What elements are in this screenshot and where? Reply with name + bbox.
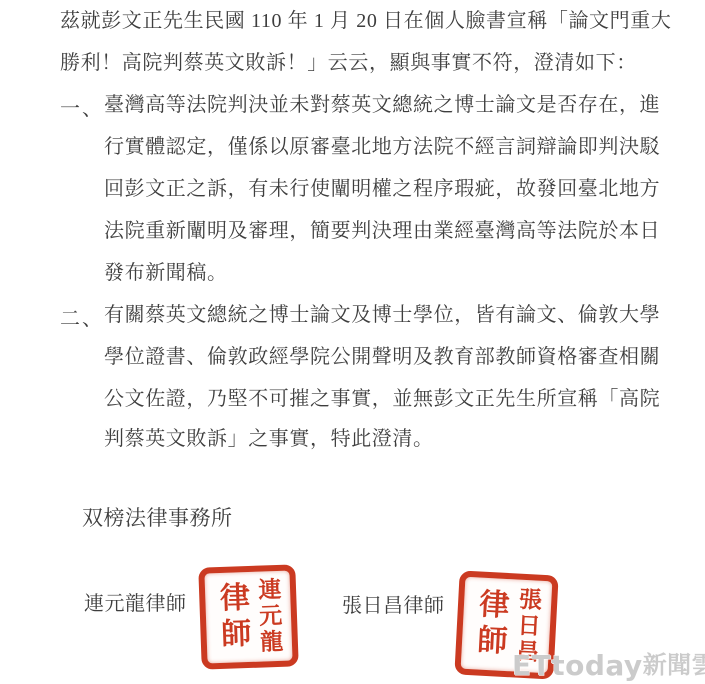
ettoday-watermark: ETtoday新聞雲 (512, 645, 705, 682)
item2-line-1: 有關蔡英文總統之博士論文及博士學位，皆有論文、倫敦大學 (104, 302, 660, 328)
item1-line-5: 發布新聞稿。 (104, 260, 228, 286)
item1-line-1: 臺灣高等法院判決並未對蔡英文總統之博士論文是否存在，進 (104, 92, 660, 118)
item1-line-3: 回彭文正之訴，有未行使闡明權之程序瑕疵，故發回臺北地方 (104, 176, 660, 202)
lawyer-seal-1: 律師 連元龍 (198, 564, 299, 669)
item1-line-4: 法院重新闡明及審理，簡要判決理由業經臺灣高等法院於本日 (104, 218, 660, 244)
item1-line-2: 行實體認定，僅係以原審臺北地方法院不經言詞辯論即判決駁 (104, 134, 660, 160)
intro-line-1: 茲就彭文正先生民國 110 年 1 月 20 日在個人臉書宣稱「論文門重大 (60, 8, 671, 34)
seal1-title-column: 律師 (215, 581, 247, 654)
ettoday-watermark-latin: ETtoday (512, 649, 643, 682)
list-marker-1: 一、 (60, 92, 104, 121)
lawyer-name-1: 連元龍律師 (84, 587, 187, 616)
item2-line-3: 公文佐證，乃堅不可摧之事實，並無彭文正先生所宣稱「高院 (104, 386, 660, 412)
ettoday-watermark-cjk: 新聞雲 (643, 651, 705, 679)
seal2-title-column: 律師 (472, 587, 506, 660)
item2-line-4: 判蔡英文敗訴」之事實，特此澄清。 (104, 426, 434, 452)
list-marker-2: 二、 (60, 302, 104, 331)
scanned-legal-statement-page: 茲就彭文正先生民國 110 年 1 月 20 日在個人臉書宣稱「論文門重大 勝利… (0, 0, 705, 684)
intro-line-2: 勝利！高院判蔡英文敗訴！」云云，顯與事實不符，澄清如下： (60, 50, 637, 76)
item2-line-2: 學位證書、倫敦政經學院公開聲明及教育部教師資格審查相關 (104, 344, 660, 370)
law-firm-name: 双榜法律事務所 (82, 502, 233, 532)
lawyer-name-2: 張日昌律師 (342, 589, 445, 618)
seal1-name-column: 連元龍 (256, 577, 282, 656)
